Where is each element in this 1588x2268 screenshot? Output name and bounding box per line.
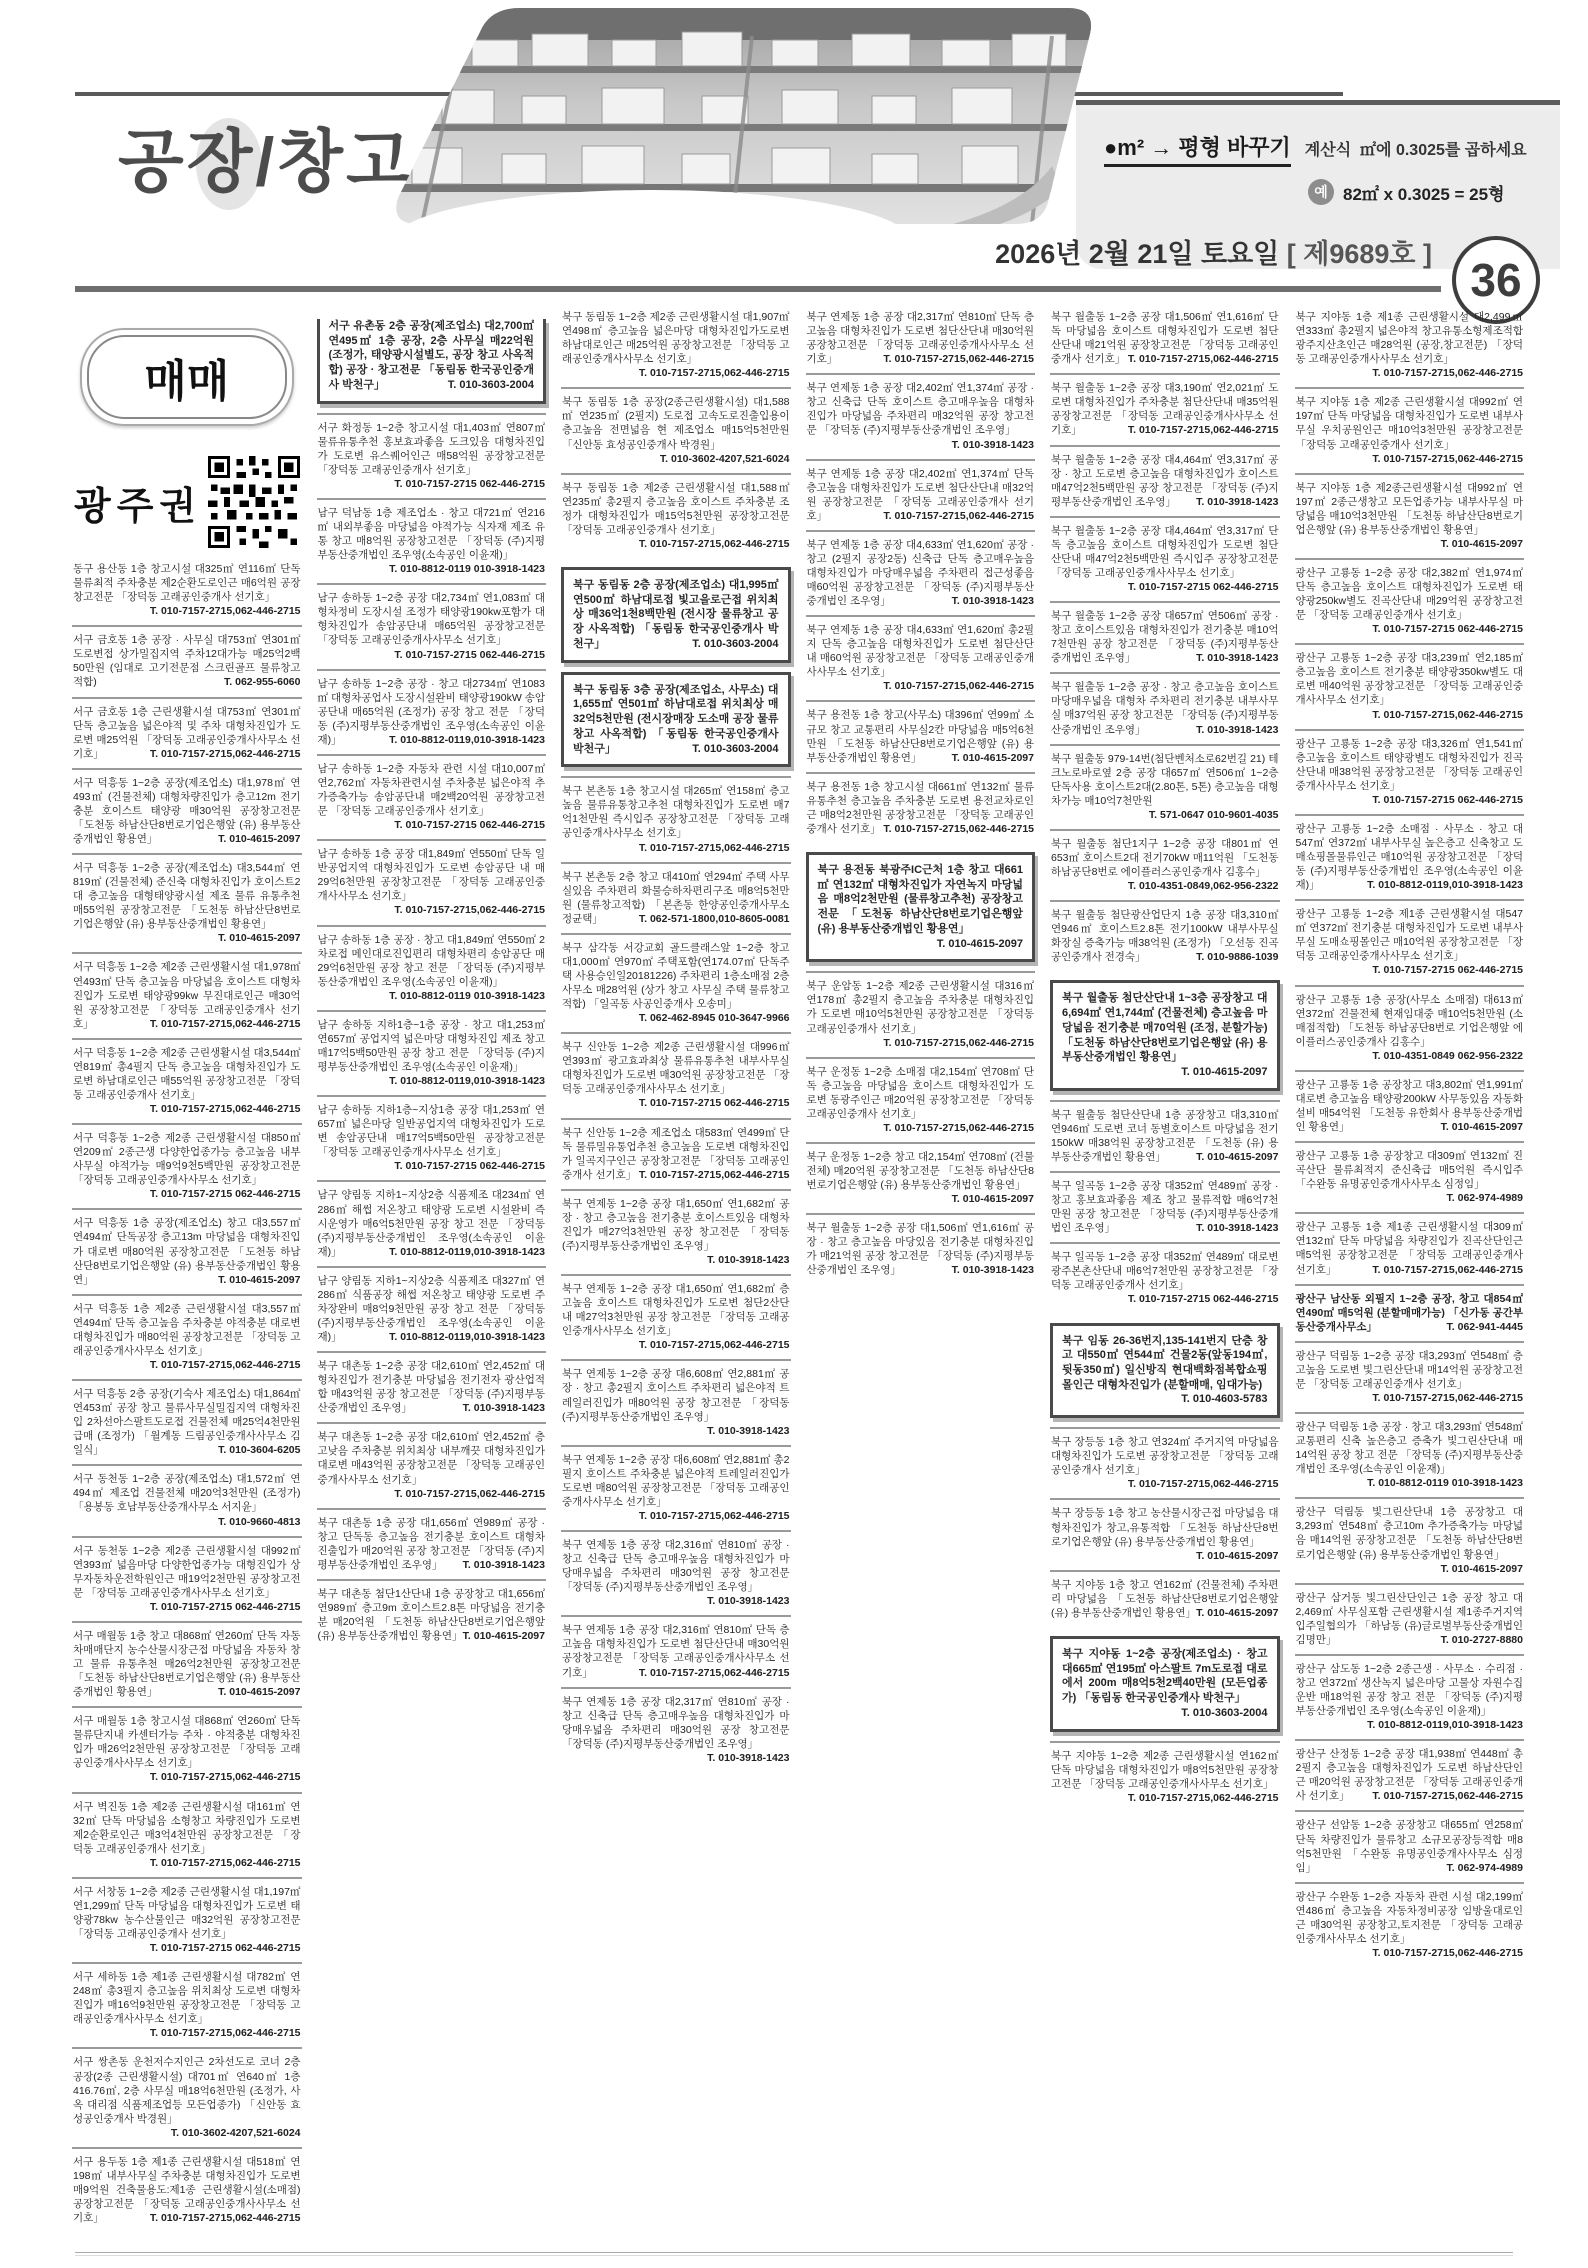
listing-text: 북구 삼각동 서강교회 골드클래스앞 1~2층 창고 대1,000㎡ 연970㎡… xyxy=(562,942,790,1010)
listing: 북구 동림동 1층 공장(2종근린생활시설) 대1,588㎡ 연235㎡ (2필… xyxy=(561,387,791,472)
listing-phone: T. 010-8812-0119 010-3918-1423 xyxy=(389,989,545,1003)
listing-phone: T. 010-2727-8880 xyxy=(1441,1633,1523,1647)
listing: 남구 송하동 1~2층 공장 · 창고 대2734㎡ 연1083㎡ 대형차공업사… xyxy=(317,669,547,754)
listing-phone: T. 010-3918-1423 xyxy=(463,1401,545,1415)
listing-text: 서구 덕흥동 1층 제2종 근린생활시설 대3,557㎡ 연494㎡ 단독 층고… xyxy=(73,1303,301,1357)
listing: 북구 월출동 1~2층 공장 대1,506㎡ 연1,616㎡ 공장 · 창고 층… xyxy=(806,1213,1036,1284)
listing-text: 북구 연제동 1~2층 공장 대1,650㎡ 연1,682㎡ 층고높음 호이스트… xyxy=(562,1283,790,1337)
listing: 남구 송하동 지하1층~1층 공장 · 창고 대1,253㎡ 연657㎡ 공업지… xyxy=(317,1010,547,1095)
listing-phone: T. 010-3918-1423 xyxy=(1196,495,1278,509)
listing-phone: T. 010-7157-2715 062-446-2715 xyxy=(394,648,545,662)
listing-text: 서구 매월동 1층 창고시설 대868㎡ 연260㎡ 단독 물류단지내 카센터가… xyxy=(73,1715,301,1769)
listing-phone: T. 010-8812-0119 010-3918-1423 xyxy=(1367,1476,1523,1490)
listing-phone: T. 010-7157-2715,062-446-2715 xyxy=(1372,452,1523,466)
listing: 북구 연제동 1~2층 공장 대6,608㎡ 연2,881㎡ 총2필지 호이스트… xyxy=(561,1445,791,1530)
listing: 동구 용산동 1층 창고시설 대325㎡ 연116㎡ 단독 물류최적 주차충분 … xyxy=(72,562,302,625)
listing-list: 북구 연제동 1층 공장 대2,317㎡ 연810㎡ 단독 층고높음 대형차진입… xyxy=(806,310,1036,1284)
classified-columns: 매매 광주권 xyxy=(72,310,1524,2232)
listing: 북구 일곡동 1~2층 공장 대352㎡ 연489㎡ 공장 · 창고 홍보효과좋… xyxy=(1050,1171,1280,1242)
listing-phone: T. 010-7157-2715,062-446-2715 xyxy=(883,1036,1034,1050)
listing: 북구 대촌동 1층 공장 대1,656㎡ 연989㎡ 공장 · 창고 단독동 층… xyxy=(317,1508,547,1579)
listing-phone: T. 010-4615-2097 xyxy=(1181,1065,1267,1080)
listing-text: 북구 연제동 1~2층 공장 대6,608㎡ 연2,881㎡ 공장 · 창고 총… xyxy=(562,1368,790,1422)
listing-text: 광산구 삼도동 1~2층 2종근생 · 사무소 · 수리점 · 창고 연372㎡… xyxy=(1296,1663,1524,1717)
listing-phone: T. 010-3918-1423 xyxy=(1196,1221,1278,1235)
listing: 북구 동림동 3층 공장(제조업소, 사무소) 대1,655㎡ 연501㎡ 하남… xyxy=(561,672,791,768)
listing: 북구 월출동 첨단광산업단지 1층 공장 대3,310㎡ 연946㎡ 호이스트2… xyxy=(1050,900,1280,971)
listing-phone: T. 010-7157-2715 062-446-2715 xyxy=(1128,1292,1279,1306)
listing-text: 북구 월출동 첨단산단내 1~3층 공장창고 대6,694㎡ 연1,744㎡ (… xyxy=(1062,992,1268,1063)
listing-phone: T. 010-3918-1423 xyxy=(463,1558,545,1572)
listing: 광산구 고룡동 1층 공장창고 대309㎡ 연132㎡ 진곡산단 물류최적지 준… xyxy=(1295,1141,1525,1212)
listing-phone: T. 010-7157-2715 062-446-2715 xyxy=(394,1159,545,1173)
listing-phone: T. 010-3603-2004 xyxy=(448,378,534,393)
listing-text: 서구 덕흥동 1~2층 제2종 근린생활시설 대3,544㎡ 연819㎡ 총4필… xyxy=(73,1047,301,1101)
listing-text: 광산구 고룡동 1층 공장(사무소 소매점) 대613㎡ 연372㎡ 건물전체 … xyxy=(1296,994,1524,1048)
listing-text: 남구 송하동 1층 공장 · 창고 대1,849㎡ 연550㎡ 2차로접 메인대… xyxy=(318,934,546,988)
listing: 서구 쌍촌동 운천저수지인근 2차선도로 코너 2층 공장(2종 근린생활시설)… xyxy=(72,2047,302,2146)
listing-phone: T. 010-7157-2715,062-446-2715 xyxy=(1372,1263,1523,1277)
listing-phone: T. 010-7157-2715,062-446-2715 xyxy=(639,841,790,855)
listing-phone: T. 010-3603-2004 xyxy=(1181,1706,1267,1721)
listing-phone: T. 010-4615-2097 xyxy=(937,937,1023,952)
listing: 북구 월출동 1~2층 공장 · 창고 층고높음 호이스트 마당매우넓음 대형차… xyxy=(1050,672,1280,743)
listing-text: 북구 대촌동 1~2층 공장 대2,610㎡ 연2,452㎡ 층고낮음 주차충분… xyxy=(318,1431,546,1485)
listing: 서구 금호동 1층 근린생활시설 대753㎡ 연301㎡ 단독 층고높음 넓은야… xyxy=(72,697,302,768)
listing-list: 북구 지야동 1층 제1종 근린생활시설 대2,499㎡ 연333㎡ 총2필지 … xyxy=(1295,310,1525,1967)
listing: 광산구 고룡동 1~2층 공장 대3,326㎡ 연1,541㎡ 층고높음 호이스… xyxy=(1295,729,1525,814)
listing-phone: T. 010-7157-2715,062-446-2715 xyxy=(1372,1391,1523,1405)
listing-phone: T. 010-7157-2715,062-446-2715 xyxy=(639,366,790,380)
listing: 북구 장등동 1층 창고 연324㎡ 주거지역 마당넓음 대형차진입가 도로변 … xyxy=(1050,1427,1280,1498)
listing: 북구 월출동 1~2층 공장 대4,464㎡ 연3,317㎡ 단독 층고높음 호… xyxy=(1050,516,1280,601)
listing: 북구 연제동 1~2층 공장 대6,608㎡ 연2,881㎡ 공장 · 창고 총… xyxy=(561,1359,791,1444)
listing-text: 남구 송하동 지하1층~지상1층 공장 대1,253㎡ 연657㎡ 넓은마당 일… xyxy=(318,1104,546,1158)
listing: 북구 연제동 1~2층 공장 대1,650㎡ 연1,682㎡ 층고높음 호이스트… xyxy=(561,1274,791,1359)
listing-phone: T. 010-4615-2097 xyxy=(1441,537,1523,551)
listing: 북구 월출동 첨단1지구 1~2층 공장 대801㎡ 연653㎡ 호이스트2대 … xyxy=(1050,829,1280,900)
listing-phone: T. 010-7157-2715,062-446-2715 xyxy=(639,1509,790,1523)
listing: 북구 지야동 1층 제2종근린생활시설 대992㎡ 연197㎡ 2종근생창고 모… xyxy=(1295,473,1525,558)
listing-text: 북구 월출동 979-14번(첨단벤처소로62번길 21) 테크노로바로옆 2층… xyxy=(1051,753,1279,807)
listing-phone: T. 062-462-8945 010-3647-9966 xyxy=(639,1011,790,1025)
listing-text: 북구 연제동 1층 공장 대2,316㎡ 연810㎡ 공장 · 창고 신축급 단… xyxy=(562,1539,790,1593)
listing-text: 북구 동림동 1층 공장(2종근린생활시설) 대1,588㎡ 연235㎡ (2필… xyxy=(562,396,790,450)
listing: 서구 매월동 1층 창고 대868㎡ 연260㎡ 단독 자동차매매단지 농수산물… xyxy=(72,1621,302,1706)
listing: 광산구 덕림동 1~2층 공장 대3,293㎡ 연548㎡ 층고높음 도로변 빛… xyxy=(1295,1341,1525,1412)
listing: 서구 서창동 1~2층 제2종 근린생활시설 대1,197㎡ 연1,299㎡ 단… xyxy=(72,1877,302,1962)
listing-phone: T. 010-4615-2097 xyxy=(1196,1606,1278,1620)
listing-phone: T. 010-7157-2715 062-446-2715 xyxy=(1372,622,1523,636)
listing-phone: T. 010-3603-2004 xyxy=(692,742,778,757)
conversion-formula: ㎡에 0.3025를 곱하세요 xyxy=(1360,142,1527,159)
listing: 서구 덕흥동 1~2층 제2종 근린생활시설 대1,978㎡ 연493㎡ 단독 … xyxy=(72,952,302,1037)
listing: 북구 지야동 1층 창고 연162㎡ (건물전체) 주차편리 마당넓음 「도천동… xyxy=(1050,1570,1280,1627)
footer-rule xyxy=(75,2252,1513,2256)
listing-text: 북구 장등동 1층 창고 연324㎡ 주거지역 마당넓음 대형차진입가 도로변 … xyxy=(1051,1436,1279,1476)
listing: 북구 월출동 1~2층 공장 대4,464㎡ 연3,317㎡ 공장 · 창고 도… xyxy=(1050,445,1280,516)
listing-phone: T. 010-4615-2097 xyxy=(218,1685,300,1699)
listing-text: 북구 일곡동 1~2층 공장 대352㎡ 연489㎡ 대로변 광주본촌산단내 매… xyxy=(1051,1251,1279,1291)
listing: 서구 덕흥동 2층 공장(기숙사 제조업소) 대1,864㎡ 연453㎡ 공장 … xyxy=(72,1379,302,1464)
listing: 북구 연제동 1층 공장 대2,316㎡ 연810㎡ 단독 층고높음 대형차진입… xyxy=(561,1615,791,1686)
listing-phone: T. 062-974-4989 xyxy=(1447,1191,1523,1205)
listing-phone: T. 010-7157-2715,062-446-2715 xyxy=(150,1358,301,1372)
newspaper-page: 공장/창고 xyxy=(0,0,1588,2268)
classified-column-1: 매매 광주권 xyxy=(72,310,302,2232)
listing-phone: T. 062-974-4989 xyxy=(1447,1861,1523,1875)
listing: 광산구 고룡동 1층 공장(사무소 소매점) 대613㎡ 연372㎡ 건물전체 … xyxy=(1295,985,1525,1070)
listing: 광산구 고룡동 1~2층 공장 대3,239㎡ 연2,185㎡ 층고높음 호이스… xyxy=(1295,643,1525,728)
listing: 광산구 고룡동 1층 공장창고 대3,802㎡ 연1,991㎡ 대로변 층고높음… xyxy=(1295,1070,1525,1141)
listing-text: 북구 연제동 1~2층 공장 대6,608㎡ 연2,881㎡ 총2필지 호이스트… xyxy=(562,1454,790,1508)
listing-phone: T. 062-941-4445 xyxy=(1447,1320,1523,1334)
listing-text: 남구 덕남동 1층 제조업소 · 창고 대721㎡ 연216㎡ 내외부좋음 마당… xyxy=(318,507,546,561)
listing: 북구 월출동 1~2층 공장 대1,506㎡ 연1,616㎡ 단독 마당넓음 호… xyxy=(1050,310,1280,373)
listing-text: 북구 지야동 1~2층 제2종 근린생활시설 연162㎡ 단독 마당넓음 대형차… xyxy=(1051,1750,1279,1790)
listing: 북구 본촌동 2층 창고 대410㎡ 연294㎡ 주택 사무실있음 주차편리 화… xyxy=(561,862,791,933)
listing-phone: T. 010-8812-0119,010-3918-1423 xyxy=(389,1330,545,1344)
listing-phone: T. 010-3602-4207,521-6024 xyxy=(660,452,790,466)
listing-text: 서구 서창동 1~2층 제2종 근린생활시설 대1,197㎡ 연1,299㎡ 단… xyxy=(73,1886,301,1940)
listing-text: 서구 세하동 1층 제1종 근린생활시설 대782㎡ 연248㎡ 총3필지 층고… xyxy=(73,1971,301,2025)
listing-text: 광산구 고룡동 1~2층 공장 대3,326㎡ 연1,541㎡ 층고높음 호이스… xyxy=(1296,738,1524,792)
listing-phone: T. 010-7157-2715 062-446-2715 xyxy=(394,818,545,832)
listing-text: 광산구 고룡동 1~2층 공장 대3,239㎡ 연2,185㎡ 층고높음 호이스… xyxy=(1296,652,1524,706)
listing-text: 북구 임동 26-36번지,135-141번지 단층 창고 대550㎡ 연544… xyxy=(1062,1335,1268,1391)
classified-column-2: 서구 유촌동 2층 공장(제조업소) 대2,700㎡ 연495㎡ 1층 공장, … xyxy=(317,310,547,1650)
listing: 서구 용두동 1층 제1종 근린생활시설 대518㎡ 연198㎡ 내부사무실 주… xyxy=(72,2147,302,2232)
listing: 북구 용전동 1층 창고(사무소) 대396㎡ 연99㎡ 소규모 창고 교통편리… xyxy=(806,700,1036,771)
listing: 북구 연제동 1층 공장 대2,316㎡ 연810㎡ 공장 · 창고 신축급 단… xyxy=(561,1530,791,1615)
listing-phone: T. 010-7157-2715,062-446-2715 xyxy=(883,1121,1034,1135)
listing-text: 북구 동림동 1층 제2종 근린생활시설 대1,588㎡ 연235㎡ 총2필지 … xyxy=(562,482,790,536)
listing: 광산구 수완동 1~2층 자동차 관련 시설 대2,199㎡ 연486㎡ 층고높… xyxy=(1295,1882,1525,1967)
listing-phone: T. 010-7157-2715,062-446-2715 xyxy=(1372,1946,1523,1960)
listing: 북구 운정동 1~2층 창고 대2,154㎡ 연708㎡ (건물전체) 매20억… xyxy=(806,1142,1036,1213)
listing-phone: T. 010-7157-2715,062-446-2715 xyxy=(639,537,790,551)
listing: 서구 매월동 1층 창고시설 대868㎡ 연260㎡ 단독 물류단지내 카센터가… xyxy=(72,1706,302,1791)
listing-phone: T. 010-7157-2715,062-446-2715 xyxy=(1128,423,1279,437)
listing-phone: T. 010-7157-2715,062-446-2715 xyxy=(883,822,1034,836)
classified-column-3: 북구 동림동 1~2층 제2종 근린생활시설 대1,907㎡ 연498㎡ 층고높… xyxy=(561,310,791,1772)
listing: 북구 월출동 979-14번(첨단벤처소로62번길 21) 테크노로바로옆 2층… xyxy=(1050,744,1280,829)
listing-phone: T. 010-7157-2715 062-446-2715 xyxy=(1372,793,1523,807)
listing-list: 북구 월출동 1~2층 공장 대1,506㎡ 연1,616㎡ 단독 마당넓음 호… xyxy=(1050,310,1280,1812)
listing-phone: T. 010-4615-2097 xyxy=(952,1192,1034,1206)
listing-phone: T. 010-8812-0119 010-3918-1423 xyxy=(389,562,545,576)
listing: 광산구 고룡동 1층 제1종 근린생활시설 대309㎡ 연132㎡ 단독 마당넓… xyxy=(1295,1212,1525,1283)
listing: 서구 금호동 1층 공장 · 사무실 대753㎡ 연301㎡ 도로변접 상가밀집… xyxy=(72,625,302,696)
listing-phone: T. 010-7157-2715 062-446-2715 xyxy=(150,1600,301,1614)
listing-phone: T. 010-7157-2715 062-446-2715 xyxy=(394,477,545,491)
listing-phone: T. 010-7157-2715 062-446-2715 xyxy=(1128,580,1279,594)
listing-phone: T. 010-7157-2715,062-446-2715 xyxy=(883,679,1034,693)
listing-text: 남구 송하동 지하1층~1층 공장 · 창고 대1,253㎡ 연657㎡ 공업지… xyxy=(318,1019,546,1073)
listing: 북구 용전동 북광주IC근처 1층 창고 대661㎡ 연132㎡ 대형차진입가 … xyxy=(806,852,1036,962)
qr-code xyxy=(208,456,300,548)
listing-text: 광산구 수완동 1~2층 자동차 관련 시설 대2,199㎡ 연486㎡ 층고높… xyxy=(1296,1891,1524,1945)
listing-phone: T. 010-7157-2715,062-446-2715 xyxy=(1372,366,1523,380)
listing: 서구 동천동 1~2층 공장(제조업소) 대1,572㎡ 연494㎡ 제조업 건… xyxy=(72,1464,302,1535)
listing-phone: T. 010-3918-1423 xyxy=(707,1253,789,1267)
listing: 북구 연제동 1층 공장 대2,317㎡ 연810㎡ 공장 · 창고 신축급 단… xyxy=(561,1687,791,1772)
listing: 광산구 고룡동 1~2층 공장 대2,382㎡ 연1,974㎡ 단독 층고높음 … xyxy=(1295,558,1525,643)
listing-phone: T. 062-955-6060 xyxy=(224,675,300,689)
listing-phone: T. 010-3918-1423 xyxy=(707,1594,789,1608)
listing: 남구 양림동 지하1~지상2층 식품제조 대327㎡ 연286㎡ 식품공장 해썹… xyxy=(317,1266,547,1351)
listing: 북구 연제동 1층 공장 대2,317㎡ 연810㎡ 단독 층고높음 대형차진입… xyxy=(806,310,1036,373)
listing-phone: T. 010-7157-2715,062-446-2715 xyxy=(639,1666,790,1680)
listing-text: 북구 연제동 1층 공장 대4,633㎡ 연1,620㎡ 총2필지 단독 층고높… xyxy=(807,624,1035,678)
classified-column-5: 북구 월출동 1~2층 공장 대1,506㎡ 연1,616㎡ 단독 마당넓음 호… xyxy=(1050,310,1280,1812)
listing-phone: T. 010-3918-1423 xyxy=(952,594,1034,608)
listing: 남구 송하동 1~2층 자동차 관련 시설 대10,007㎡ 연2,762㎡ 자… xyxy=(317,754,547,839)
listing-text: 광산구 덕림동 1~2층 공장 대3,293㎡ 연548㎡ 층고높음 도로변 빛… xyxy=(1296,1350,1524,1390)
listing-text: 광산구 덕림동 1층 공장 · 창고 대3,293㎡ 연548㎡ 교통편리 신축… xyxy=(1296,1421,1524,1475)
listing: 남구 송하동 1층 공장 · 창고 대1,849㎡ 연550㎡ 2차로접 메인대… xyxy=(317,925,547,1010)
listing: 광산구 남산동 외필지 1~2층 공장, 창고 대854㎡ 연490㎡ 매5억원… xyxy=(1295,1284,1525,1341)
listing: 광산구 삼도동 1~2층 2종근생 · 사무소 · 수리점 · 창고 연372㎡… xyxy=(1295,1654,1525,1739)
listing-text: 북구 지야동 1층 제2종 근린생활시설 대992㎡ 연197㎡ 단독 마당넓음… xyxy=(1296,396,1524,450)
conversion-formula-label: 계산식 xyxy=(1305,142,1351,159)
listing: 광산구 덕림동 1층 공장 · 창고 대3,293㎡ 연548㎡ 교통편리 신축… xyxy=(1295,1412,1525,1497)
listing: 서구 덕흥동 1층 제2종 근린생활시설 대3,557㎡ 연494㎡ 단독 층고… xyxy=(72,1294,302,1379)
listing-text: 북구 지야동 1~2층 공장(제조업소) · 창고 대665㎡ 연195㎡ 아스… xyxy=(1062,1648,1268,1704)
listing: 북구 삼각동 서강교회 골드클래스앞 1~2층 창고 대1,000㎡ 연970㎡… xyxy=(561,933,791,1032)
listing-phone: T. 010-7157-2715,062-446-2715 xyxy=(150,1856,301,1870)
classified-column-6: 북구 지야동 1층 제1종 근린생활시설 대2,499㎡ 연333㎡ 총2필지 … xyxy=(1295,310,1525,1967)
listing-text: 남구 송하동 1층 공장 대1,849㎡ 연550㎡ 단독 일반공업지역 대형차… xyxy=(318,848,546,902)
listing: 서구 덕흥동 1~2층 제2종 근린생활시설 대3,544㎡ 연819㎡ 총4필… xyxy=(72,1038,302,1123)
classified-column-4: 북구 연제동 1층 공장 대2,317㎡ 연810㎡ 단독 층고높음 대형차진입… xyxy=(806,310,1036,1284)
listing-text: 서구 덕흥동 1~2층 제2종 근린생활시설 대850㎡ 연209㎡ 2종근생 … xyxy=(73,1132,301,1186)
listing: 서구 덕흥동 1~2층 제2종 근린생활시설 대850㎡ 연209㎡ 2종근생 … xyxy=(72,1123,302,1208)
listing-phone: T. 010-7157-2715,062-446-2715 xyxy=(1372,708,1523,722)
listing-list: 북구 동림동 1~2층 제2종 근린생활시설 대1,907㎡ 연498㎡ 층고높… xyxy=(561,310,791,1772)
listing: 서구 동천동 1~2층 제2종 근린생활시설 대992㎡ 연393㎡ 넓음마당 … xyxy=(72,1536,302,1621)
listing: 북구 지야동 1층 제1종 근린생활시설 대2,499㎡ 연333㎡ 총2필지 … xyxy=(1295,310,1525,387)
listing: 북구 연제동 1층 공장 대2,402㎡ 연1,374㎡ 단독 층고높음 대형차… xyxy=(806,459,1036,530)
listing: 남구 양림동 지하1~지상2층 식품제조 대234㎡ 연286㎡ 해썹 저온창고… xyxy=(317,1180,547,1265)
listing: 남구 송하동 지하1층~지상1층 공장 대1,253㎡ 연657㎡ 넓은마당 일… xyxy=(317,1095,547,1180)
listing: 북구 대촌동 1~2층 공장 대2,610㎡ 연2,452㎡ 층고낮음 주차충분… xyxy=(317,1422,547,1507)
listing: 북구 일곡동 1~2층 공장 대352㎡ 연489㎡ 대로변 광주본촌산단내 매… xyxy=(1050,1242,1280,1313)
listing-text: 북구 용전동 북광주IC근처 1층 창고 대661㎡ 연132㎡ 대형차진입가 … xyxy=(818,864,1024,935)
listing-phone: T. 010-8812-0119,010-3918-1423 xyxy=(389,733,545,747)
listing-phone: T. 010-8812-0119,010-3918-1423 xyxy=(1367,1718,1523,1732)
listing: 북구 동림동 1~2층 제2종 근린생활시설 대1,907㎡ 연498㎡ 층고높… xyxy=(561,310,791,387)
listing-phone: T. 010-7157-2715 062-446-2715 xyxy=(150,1941,301,1955)
listing-phone: T. 010-7157-2715 062-446-2715 xyxy=(150,1187,301,1201)
listing-text: 서구 동천동 1~2층 제2종 근린생활시설 대992㎡ 연393㎡ 넓음마당 … xyxy=(73,1545,301,1599)
listing: 북구 지야동 1~2층 제2종 근린생활시설 연162㎡ 단독 마당넓음 대형차… xyxy=(1050,1741,1280,1812)
listing: 북구 동림동 2층 공장(제조업소) 대1,995㎡ 연500㎡ 하남대로접 빛… xyxy=(561,567,791,663)
listing-text: 서구 덕흥동 1~2층 공장(제조업소) 대3,544㎡ 연819㎡ (건물전체… xyxy=(73,862,301,930)
listing-phone: T. 010-3918-1423 xyxy=(707,1424,789,1438)
listing-phone: T. 010-4615-2097 xyxy=(1196,1150,1278,1164)
listing-phone: T. 010-7157-2715,062-446-2715 xyxy=(150,604,301,618)
listing-phone: T. 010-7157-2715,062-446-2715 xyxy=(394,903,545,917)
listing: 북구 대촌동 1~2층 공장 대2,610㎡ 연2,452㎡ 대형차진입가 전기… xyxy=(317,1351,547,1422)
listing-phone: T. 010-3918-1423 xyxy=(952,1263,1034,1277)
listing: 광산구 덕림동 빛그린산단내 1층 공장창고 대3,293㎡ 연548㎡ 층고1… xyxy=(1295,1497,1525,1582)
listing: 북구 지야동 1층 제2종 근린생활시설 대992㎡ 연197㎡ 단독 마당넓음… xyxy=(1295,387,1525,472)
listing-text: 광산구 고룡동 1~2층 제1종 근린생활시설 대547㎡ 연372㎡ 전기충분… xyxy=(1296,908,1524,962)
listing-phone: T. 062-571-1800,010-8605-0081 xyxy=(639,912,790,926)
listing-text: 서구 쌍촌동 운천저수지인근 2차선도로 코너 2층 공장(2종 근린생활시설)… xyxy=(73,2056,301,2124)
listing-phone: T. 010-7157-2715,062-446-2715 xyxy=(883,509,1034,523)
listing-list: 동구 용산동 1층 창고시설 대325㎡ 연116㎡ 단독 물류최적 주차충분 … xyxy=(72,562,302,2232)
listing-phone: T. 010-3603-2004 xyxy=(692,637,778,652)
warehouse-photo xyxy=(352,6,1100,228)
region-badge: 광주권 xyxy=(74,475,202,530)
listing-phone: T. 010-4351-0849 062-956-2322 xyxy=(1372,1049,1523,1063)
listing: 광산구 삼거동 빛그린산단인근 1층 공장 창고 대2,469㎡ 사무실포함 근… xyxy=(1295,1583,1525,1654)
listing-phone: T. 010-3918-1423 xyxy=(952,438,1034,452)
listing-text: 북구 운정동 1~2층 창고 대2,154㎡ 연708㎡ (건물전체) 매20억… xyxy=(807,1151,1035,1191)
listing-text: 북구 신안동 1~2층 제2종 근린생활시설 대996㎡ 연393㎡ 광고효과최… xyxy=(562,1041,790,1095)
listing-text: 북구 본촌동 1층 창고시설 대265㎡ 연158㎡ 층고높음 물류유통창고추천… xyxy=(562,785,790,839)
sale-badge-label: 매매 xyxy=(87,335,287,419)
listing-phone: T. 010-7157-2715,062-446-2715 xyxy=(1372,1789,1523,1803)
listing: 서구 유촌동 2층 공장(제조업소) 대2,700㎡ 연495㎡ 1층 공장, … xyxy=(317,319,547,404)
listing-text: 북구 연제동 1층 공장 대2,402㎡ 연1,374㎡ 공장 · 창고 신축급… xyxy=(807,382,1035,436)
listing: 남구 덕남동 1층 제조업소 · 창고 대721㎡ 연216㎡ 내외부좋음 마당… xyxy=(317,498,547,583)
listing: 북구 월출동 첨단산단내 1층 공장창고 대3,310㎡ 연946㎡ 도로변 코… xyxy=(1050,1100,1280,1171)
sale-badge: 매매 xyxy=(80,328,294,426)
listing: 북구 연제동 1~2층 공장 대1,650㎡ 연1,682㎡ 공장 · 창고 층… xyxy=(561,1189,791,1274)
listing: 서구 세하동 1층 제1종 근린생활시설 대782㎡ 연248㎡ 총3필지 층고… xyxy=(72,1962,302,2047)
listing-phone: T. 010-7157-2715,062-446-2715 xyxy=(883,352,1034,366)
listing-phone: T. 010-4615-2097 xyxy=(1441,1120,1523,1134)
listing-phone: T. 010-8812-0119,010-3918-1423 xyxy=(389,1074,545,1088)
listing-text: 남구 송하동 1~2층 자동차 관련 시설 대10,007㎡ 연2,762㎡ 자… xyxy=(318,763,546,817)
listing-phone: T. 010-4615-2097 xyxy=(952,751,1034,765)
listing: 북구 연제동 1층 공장 대4,633㎡ 연1,620㎡ 총2필지 단독 층고높… xyxy=(806,615,1036,700)
listing: 북구 월출동 1~2층 공장 대3,190㎡ 연2,021㎡ 도로변 대형차진입… xyxy=(1050,373,1280,444)
listing: 남구 송하동 1~2층 공장 대2,734㎡ 연1,083㎡ 대형차정비 도장시… xyxy=(317,583,547,668)
listing-text: 북구 지야동 1층 제2종근린생활시설 대992㎡ 연197㎡ 2종근생창고 모… xyxy=(1296,482,1524,536)
listing-text: 남구 송하동 1~2층 공장 대2,734㎡ 연1,083㎡ 대형차정비 도장시… xyxy=(318,592,546,646)
listing: 서구 덕흥동 1~2층 공장(제조업소) 대1,978㎡ 연493㎡ (건물전체… xyxy=(72,768,302,853)
listing: 북구 지야동 1~2층 공장(제조업소) · 창고 대665㎡ 연195㎡ 아스… xyxy=(1050,1636,1280,1732)
listing-phone: T. 010-9660-4813 xyxy=(218,1515,300,1529)
listing: 남구 송하동 1층 공장 대1,849㎡ 연550㎡ 단독 일반공업지역 대형차… xyxy=(317,839,547,924)
listing-phone: T. 010-4615-2097 xyxy=(463,1629,545,1643)
example-badge: 예 xyxy=(1308,179,1334,205)
listing: 북구 연제동 1층 공장 대2,402㎡ 연1,374㎡ 공장 · 창고 신축급… xyxy=(806,373,1036,458)
conversion-example: 82㎡ x 0.3025 = 25형 xyxy=(1343,180,1505,205)
listing-phone: T. 010-3918-1423 xyxy=(1196,723,1278,737)
listing-phone: T. 010-4615-2097 xyxy=(1441,1562,1523,1576)
listing: 서구 덕흥동 1~2층 공장(제조업소) 대3,544㎡ 연819㎡ (건물전체… xyxy=(72,853,302,952)
header-rule xyxy=(75,286,1441,292)
listing: 서구 덕흥동 1층 공장(제조업소) 창고 대3,557㎡ 연494㎡ 단독공장… xyxy=(72,1208,302,1293)
listing: 서구 화정동 1~2층 창고시설 대1,403㎡ 연807㎡ 물류유통추천 홍보… xyxy=(317,413,547,498)
listing: 북구 임동 26-36번지,135-141번지 단층 창고 대550㎡ 연544… xyxy=(1050,1323,1280,1419)
listing-text: 북구 월출동 1~2층 공장 대4,464㎡ 연3,317㎡ 단독 층고높음 호… xyxy=(1051,525,1279,579)
listing-phone: T. 010-8812-0119,010-3918-1423 xyxy=(389,1245,545,1259)
listing: 광산구 선암동 1~2층 공장창고 대655㎡ 연258㎡ 단독 차량진입가 물… xyxy=(1295,1810,1525,1881)
listing: 북구 신안동 1~2층 제2종 근린생활시설 대996㎡ 연393㎡ 광고효과최… xyxy=(561,1032,791,1117)
listing-phone: T. 010-4615-2097 xyxy=(1196,1549,1278,1563)
listing: 북구 동림동 1층 제2종 근린생활시설 대1,588㎡ 연235㎡ 총2필지 … xyxy=(561,473,791,558)
listing-text: 북구 지야동 1층 제1종 근린생활시설 대2,499㎡ 연333㎡ 총2필지 … xyxy=(1296,311,1524,365)
listing-text: 서구 벽진동 1층 제2종 근린생활시설 대161㎡ 연32㎡ 단독 마당넓음 … xyxy=(73,1801,301,1855)
listing-text: 동구 용산동 1층 창고시설 대325㎡ 연116㎡ 단독 물류최적 주차충분 … xyxy=(73,563,301,603)
listing-phone: T. 010-7157-2715,062-446-2715 xyxy=(150,747,301,761)
listing-phone: T. 010-4603-5783 xyxy=(1181,1392,1267,1407)
listing: 북구 신안동 1~2층 제조업소 대583㎡ 연499㎡ 단독 물류밀유통업추천… xyxy=(561,1118,791,1189)
listing-phone: T. 010-8812-0119,010-3918-1423 xyxy=(1367,878,1523,892)
listing: 북구 운정동 1~2층 소매점 대2,154㎡ 연708㎡ 단독 층고높음 마당… xyxy=(806,1057,1036,1142)
listing-phone: T. 010-7157-2715,062-446-2715 xyxy=(150,1017,301,1031)
listing-phone: T. 010-3604-6205 xyxy=(218,1443,300,1457)
listing-phone: T. 010-7157-2715,062-446-2715 xyxy=(1128,1477,1279,1491)
listing-text: 북구 연제동 1층 공장 대2,317㎡ 연810㎡ 공장 · 창고 신축급 단… xyxy=(562,1696,790,1750)
listing-phone: T. 010-7157-2715,062-446-2715 xyxy=(394,1487,545,1501)
listing-phone: T. 010-3918-1423 xyxy=(707,1751,789,1765)
listing-text: 서구 화정동 1~2층 창고시설 대1,403㎡ 연807㎡ 물류유통추천 홍보… xyxy=(318,422,546,476)
listing: 북구 연제동 1층 공장 대4,633㎡ 연1,620㎡ 공장 · 창고 (2필… xyxy=(806,530,1036,615)
listing-phone: T. 010-3918-1423 xyxy=(1196,651,1278,665)
listing: 광산구 고룡동 1~2층 소매점 · 사무소 · 창고 대547㎡ 연372㎡ … xyxy=(1295,814,1525,899)
listing-phone: T. 010-4615-2097 xyxy=(218,931,300,945)
listing: 서구 벽진동 1층 제2종 근린생활시설 대161㎡ 연32㎡ 단독 마당넓음 … xyxy=(72,1792,302,1877)
listing: 광산구 고룡동 1~2층 제1종 근린생활시설 대547㎡ 연372㎡ 전기충분… xyxy=(1295,899,1525,984)
listing-phone: T. 010-7157-2715 062-446-2715 xyxy=(639,1096,790,1110)
listing: 북구 본촌동 1층 창고시설 대265㎡ 연158㎡ 층고높음 물류유통창고추천… xyxy=(561,776,791,861)
listing-text: 광산구 고룡동 1층 공장창고 대309㎡ 연132㎡ 진곡산단 물류최적지 준… xyxy=(1296,1150,1524,1190)
listing-phone: T. 010-7157-2715,062-446-2715 xyxy=(150,2211,301,2225)
listing: 북구 장등동 1층 창고 농산물시장근접 마당넓음 대형차진입가 창고,유통적합… xyxy=(1050,1498,1280,1569)
listing-phone: T. 010-4615-2097 xyxy=(218,832,300,846)
listing: 북구 용전동 1층 창고시설 대661㎡ 연132㎡ 물류유통추천 층고높음 주… xyxy=(806,772,1036,843)
listing-text: 북구 연제동 1~2층 공장 대1,650㎡ 연1,682㎡ 공장 · 창고 층… xyxy=(562,1198,790,1252)
listing-text: 북구 월출동 첨단1지구 1~2층 공장 대801㎡ 연653㎡ 호이스트2대 … xyxy=(1051,838,1279,878)
listing-text: 광산구 덕림동 빛그린산단내 1층 공장창고 대3,293㎡ 연548㎡ 층고1… xyxy=(1296,1506,1524,1560)
listing-phone: T. 010-7157-2715,062-446-2715 xyxy=(150,1770,301,1784)
listing-phone: T. 010-7157-2715,062-446-2715 xyxy=(639,1338,790,1352)
listing-phone: T. 010-9886-1039 xyxy=(1196,950,1278,964)
listing: 북구 월출동 1~2층 공장 대657㎡ 연506㎡ 공장 · 창고 호이스트있… xyxy=(1050,601,1280,672)
conversion-label: ●m² → 평형 바꾸기 xyxy=(1104,131,1291,167)
listing-text: 북구 운암동 1~2층 제2종 근린생활시설 대316㎡ 연178㎡ 총2필지 … xyxy=(807,980,1035,1034)
listing-phone: T. 010-7157-2715,062-446-2715 xyxy=(150,2026,301,2040)
listing: 북구 대촌동 첨단1산단내 1층 공장창고 대1,656㎡ 연989㎡ 층고9m… xyxy=(317,1579,547,1650)
listing-phone: T. 010-7157-2715,062-446-2715 xyxy=(150,1102,301,1116)
listing-text: 북구 운정동 1~2층 소매점 대2,154㎡ 연708㎡ 단독 층고높음 마당… xyxy=(807,1066,1035,1120)
listing-text: 북구 장등동 1층 창고 농산물시장근접 마당넓음 대형차진입가 창고,유통적합… xyxy=(1051,1507,1279,1547)
listing: 북구 월출동 첨단산단내 1~3층 공장창고 대6,694㎡ 연1,744㎡ (… xyxy=(1050,980,1280,1090)
listing-list: 서구 유촌동 2층 공장(제조업소) 대2,700㎡ 연495㎡ 1층 공장, … xyxy=(317,319,547,1650)
listing-phone: T. 010-4351-0849,062-956-2322 xyxy=(1128,879,1279,893)
listing-text: 광산구 고룡동 1~2층 공장 대2,382㎡ 연1,974㎡ 단독 층고높음 … xyxy=(1296,567,1524,621)
listing-phone: T. 010-7157-2715,062-446-2715 xyxy=(1128,1791,1279,1805)
listing-phone: T. 010-7157-2715,062-446-2715 xyxy=(1128,352,1279,366)
date: 2026년 2월 21일 토요일 xyxy=(995,239,1279,269)
listing-phone: T. 010-3602-4207,521-6024 xyxy=(171,2126,301,2140)
listing: 광산구 산정동 1~2층 공장 대1,938㎡ 연448㎡ 총2필지 층고높음 … xyxy=(1295,1739,1525,1810)
listing-phone: T. 010-4615-2097 xyxy=(218,1273,300,1287)
listing-phone: T. 571-0647 010-9601-4035 xyxy=(1149,808,1279,822)
listing-phone: T. 010-7157-2715 062-446-2715 xyxy=(1372,963,1523,977)
issue-number: [ 제9689호 ] xyxy=(1287,239,1432,269)
listing-text: 북구 동림동 1~2층 제2종 근린생활시설 대1,907㎡ 연498㎡ 층고높… xyxy=(562,311,790,365)
listing: 북구 운암동 1~2층 제2종 근린생활시설 대316㎡ 연178㎡ 총2필지 … xyxy=(806,971,1036,1056)
listing-text: 서구 동천동 1~2층 공장(제조업소) 대1,572㎡ 연494㎡ 제조업 건… xyxy=(73,1473,301,1513)
